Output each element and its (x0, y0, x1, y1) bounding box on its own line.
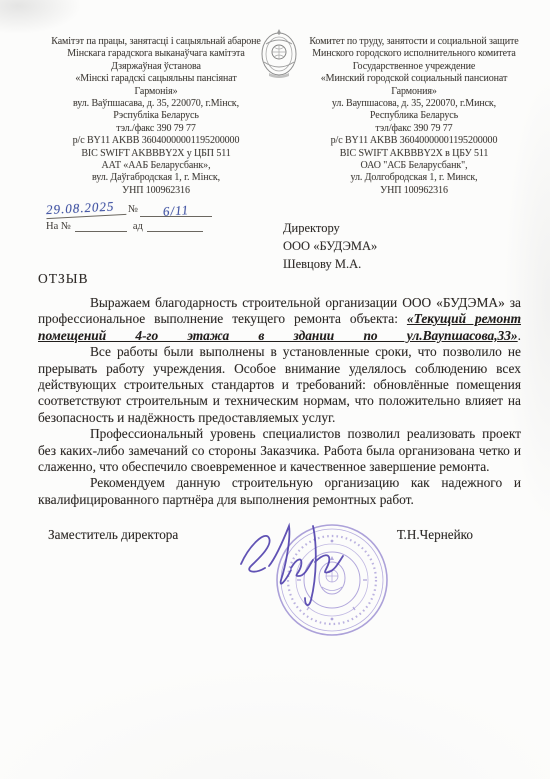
reference-number-block: 29.08.2025№6/11 На №ад (46, 200, 236, 236)
letterhead-line: Минского городского исполнительного коми… (288, 48, 540, 60)
handwritten-number: 6/11 (162, 202, 189, 220)
letterhead-line: Государственное учреждение (288, 61, 540, 73)
from-date-label: ад (133, 221, 143, 232)
paragraph-recommendation: Рекомендуем данную строительную организа… (38, 475, 521, 508)
addressee-line: Директору (283, 219, 377, 237)
outgoing-number-line: 6/11 (140, 203, 212, 217)
reply-reference-row: На №ад (46, 218, 236, 236)
reply-number-line (75, 218, 127, 232)
letterhead-line: Гармонія» (30, 86, 282, 98)
letterhead-line: тэл./факс 390 79 77 (30, 123, 282, 135)
letterhead-line: Мінскага гарадскога выканаўчага камітэта (30, 48, 282, 60)
handwritten-date: 29.08.2025 (46, 198, 127, 219)
letterhead-line: Рэспубліка Беларусь (30, 110, 282, 122)
letterhead-line: «Мінскі гарадскі сацыяльны пансіянат (30, 73, 282, 85)
letterhead-line: Дзяржаўная ўстанова (30, 61, 282, 73)
letterhead-line: Камітэт па працы, занятасці і сацыяльнай… (30, 36, 282, 48)
reply-to-label: На № (46, 221, 71, 232)
letterhead-line: р/с BY11 AKBB 36040000001195200000 (288, 135, 540, 147)
letterhead-russian-column: Комитет по труду, занятости и социальной… (288, 36, 540, 197)
addressee-line: Шевцову М.А. (283, 255, 377, 273)
letterhead-line: Гармония» (288, 86, 540, 98)
paragraph-professional-level: Профессиональный уровень специалистов по… (38, 426, 521, 475)
paragraph-gratitude: Выражаем благодарность строительной орга… (38, 295, 521, 344)
paragraph-deadlines: Все работы были выполнены в установленны… (38, 344, 521, 426)
number-sign-label: № (128, 204, 138, 215)
letterhead-line: вул. Ваўпшасава, д. 35, 220070, г.Мінск, (30, 98, 282, 110)
letterhead-line: BIC SWIFT AKBBBY2X в ЦБУ 511 (288, 148, 540, 160)
scanned-letter-page: Камітэт па працы, занятасці і сацыяльнай… (0, 0, 550, 779)
letterhead-line: ОАО "АСБ Беларусбанк", (288, 160, 540, 172)
letterhead-line: УНП 100962316 (30, 185, 282, 197)
letterhead-belarusian-column: Камітэт па працы, занятасці і сацыяльнай… (30, 36, 282, 197)
letterhead-line: УНП 100962316 (288, 185, 540, 197)
signer-position: Заместитель директора (48, 527, 178, 543)
addressee-block: Директору ООО «БУДЭМА» Шевцову М.А. (283, 219, 377, 273)
letterhead-line: тэл/факс 390 79 77 (288, 123, 540, 135)
letterhead-line: Комитет по труду, занятости и социальной… (288, 36, 540, 48)
letterhead-line: вул. Даўгабродская 1, г. Мінск, (30, 172, 282, 184)
paragraph-text: . (518, 328, 521, 343)
letterhead-line: ААТ «ААБ Беларусбанк», (30, 160, 282, 172)
document-title: ОТЗЫВ (38, 271, 89, 287)
date-number-row: 29.08.2025№6/11 (46, 200, 236, 218)
letterhead-line: ул. Долгобродская 1, г. Минск, (288, 172, 540, 184)
signer-name: Т.Н.Чернейко (397, 527, 473, 543)
letterhead-line: Республика Беларусь (288, 110, 540, 122)
reply-date-line (147, 218, 203, 232)
addressee-line: ООО «БУДЭМА» (283, 237, 377, 255)
letterhead-line: BIC SWIFT AKBBBY2X у ЦБП 511 (30, 148, 282, 160)
letter-body: Выражаем благодарность строительной орга… (38, 295, 521, 508)
letterhead-line: «Минский городской социальный пансионат (288, 73, 540, 85)
letterhead-line: р/с BY11 AKBB 36040000001195200000 (30, 135, 282, 147)
handwritten-signature (235, 516, 355, 612)
letterhead-line: ул. Ваупшасова, д. 35, 220070, г.Минск, (288, 98, 540, 110)
